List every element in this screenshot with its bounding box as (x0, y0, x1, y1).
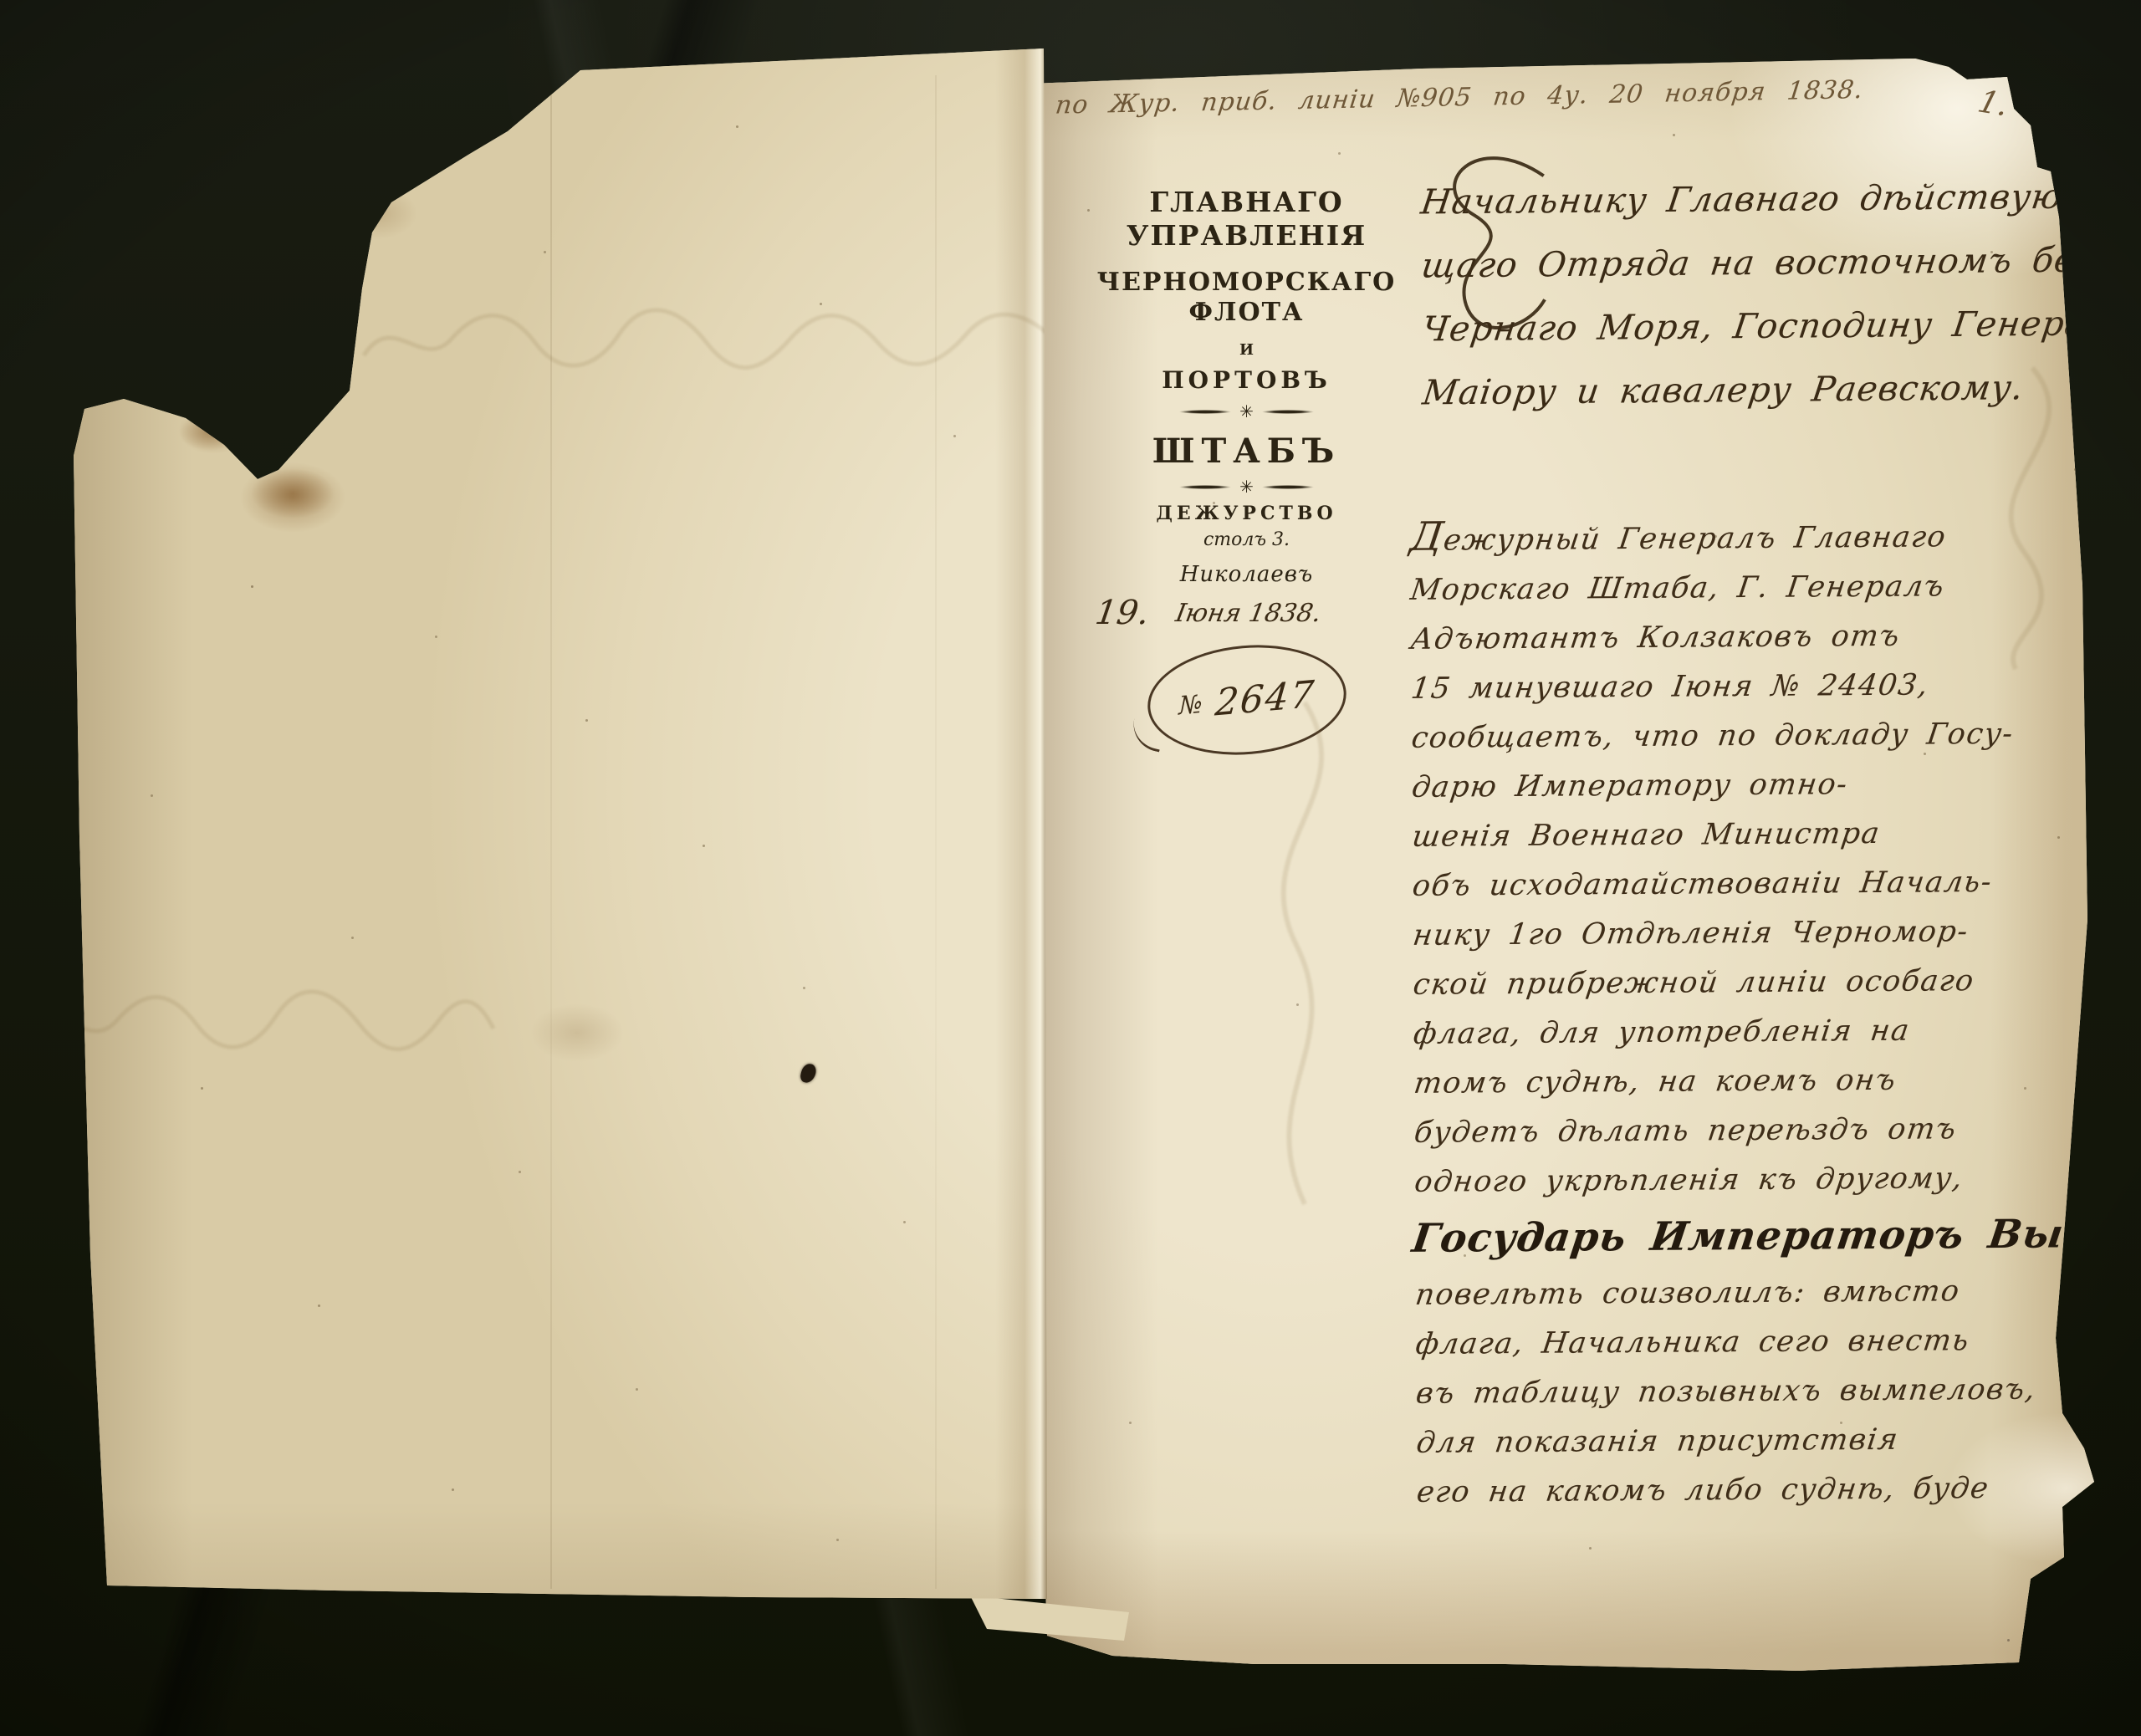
body-line: Государь Императоръ Высочайше (1408, 1204, 2109, 1269)
paper-specks (0, 0, 3, 3)
letterhead-desk-number: столъ 3. (1052, 528, 1441, 552)
address-line: Чернаго Моря, Господину Генералъ (1418, 291, 2108, 360)
date-row: 19. Іюня 1838. (1052, 594, 1441, 637)
body-line: будетъ дѣлать переѣздъ отъ (1411, 1104, 2107, 1158)
paper-crease (935, 75, 937, 1589)
letterhead-org-line3: И (1052, 341, 1441, 360)
folio-number: 1. (1975, 84, 2013, 123)
ink-blot (799, 1062, 817, 1084)
ornament-rule (1262, 485, 1314, 489)
asterisk-ornament-icon: ✳ (1239, 403, 1254, 420)
paper-crease (550, 75, 552, 1589)
body-line: шенія Военнаго Министра (1409, 808, 2105, 862)
ornament-rule (1262, 410, 1314, 414)
paper-specks (0, 0, 3, 3)
bleedthrough-ghost (1965, 360, 2099, 681)
body-line: ской прибрежной линіи особаго (1410, 956, 2106, 1010)
body-line: томъ суднѣ, на коемъ онъ (1411, 1054, 2107, 1109)
handwritten-day: 19. (1093, 594, 1152, 632)
body-line: для показанія присутствія (1413, 1414, 2109, 1468)
letterhead-ornament: ✳ (1052, 478, 1441, 495)
number-sign: № (1178, 689, 1202, 721)
ornament-rule (1179, 410, 1231, 414)
letterhead-org-line4: ПОРТОВЪ (1052, 366, 1441, 395)
body-line: одного укрѣпленія къ другому, (1412, 1153, 2108, 1208)
body-line: флага, Начальника сего внесть (1413, 1315, 2108, 1370)
bleedthrough-ghost (360, 293, 1062, 388)
archival-note: по Жур. приб. линіи №905 по 4у. 20 ноябр… (1054, 73, 1977, 120)
body-line: флага, для употребленія на (1410, 1005, 2106, 1059)
body-line: повелѣть соизволилъ: вмѣсто (1413, 1266, 2108, 1320)
address-line: щаго Отряда на восточномъ берегу (1418, 227, 2108, 297)
asterisk-ornament-icon: ✳ (1239, 478, 1254, 495)
body-line: его на какомъ либо суднѣ, буде (1413, 1463, 2109, 1518)
printed-letterhead: ГЛАВНАГО УПРАВЛЕНІЯ ЧЕРНОМОРСКАГО ФЛОТА … (1052, 186, 1441, 754)
letterhead-duty-office: ДЕЖУРСТВО (1052, 502, 1441, 525)
body-line: объ исходатайствованіи Началь- (1409, 857, 2105, 911)
address-line: Начальнику Главнаго дѣйствую- (1417, 164, 2107, 233)
scorch-stain (180, 414, 238, 451)
body-line: дарю Императору отно- (1408, 758, 2104, 813)
body-line: въ таблицу позывныхъ вымпеловъ, (1413, 1365, 2108, 1419)
body-line: сообщаетъ, что по докладу Госу- (1408, 709, 2104, 763)
letterhead-ornament: ✳ (1052, 403, 1441, 420)
letterhead-staff: ШТАБЪ (1052, 431, 1441, 472)
handwritten-month-year: Іюня 1838. (1173, 599, 1323, 628)
scorch-stain (251, 468, 335, 518)
letterhead-org-line2: ЧЕРНОМОРСКАГО ФЛОТА (1052, 268, 1441, 328)
bleedthrough-ghost (29, 970, 498, 1082)
body-line: нику 1го Отдѣленія Черномор- (1410, 906, 2106, 961)
letterhead-place: Николаевъ (1052, 560, 1441, 589)
ornament-rule (1179, 485, 1231, 489)
book-scan-backing: по Жур. приб. линіи №905 по 4у. 20 ноябр… (0, 0, 2141, 1736)
letterhead-org-line1: ГЛАВНАГО УПРАВЛЕНІЯ (1052, 186, 1441, 253)
bleedthrough-ghost (1229, 694, 1380, 1216)
